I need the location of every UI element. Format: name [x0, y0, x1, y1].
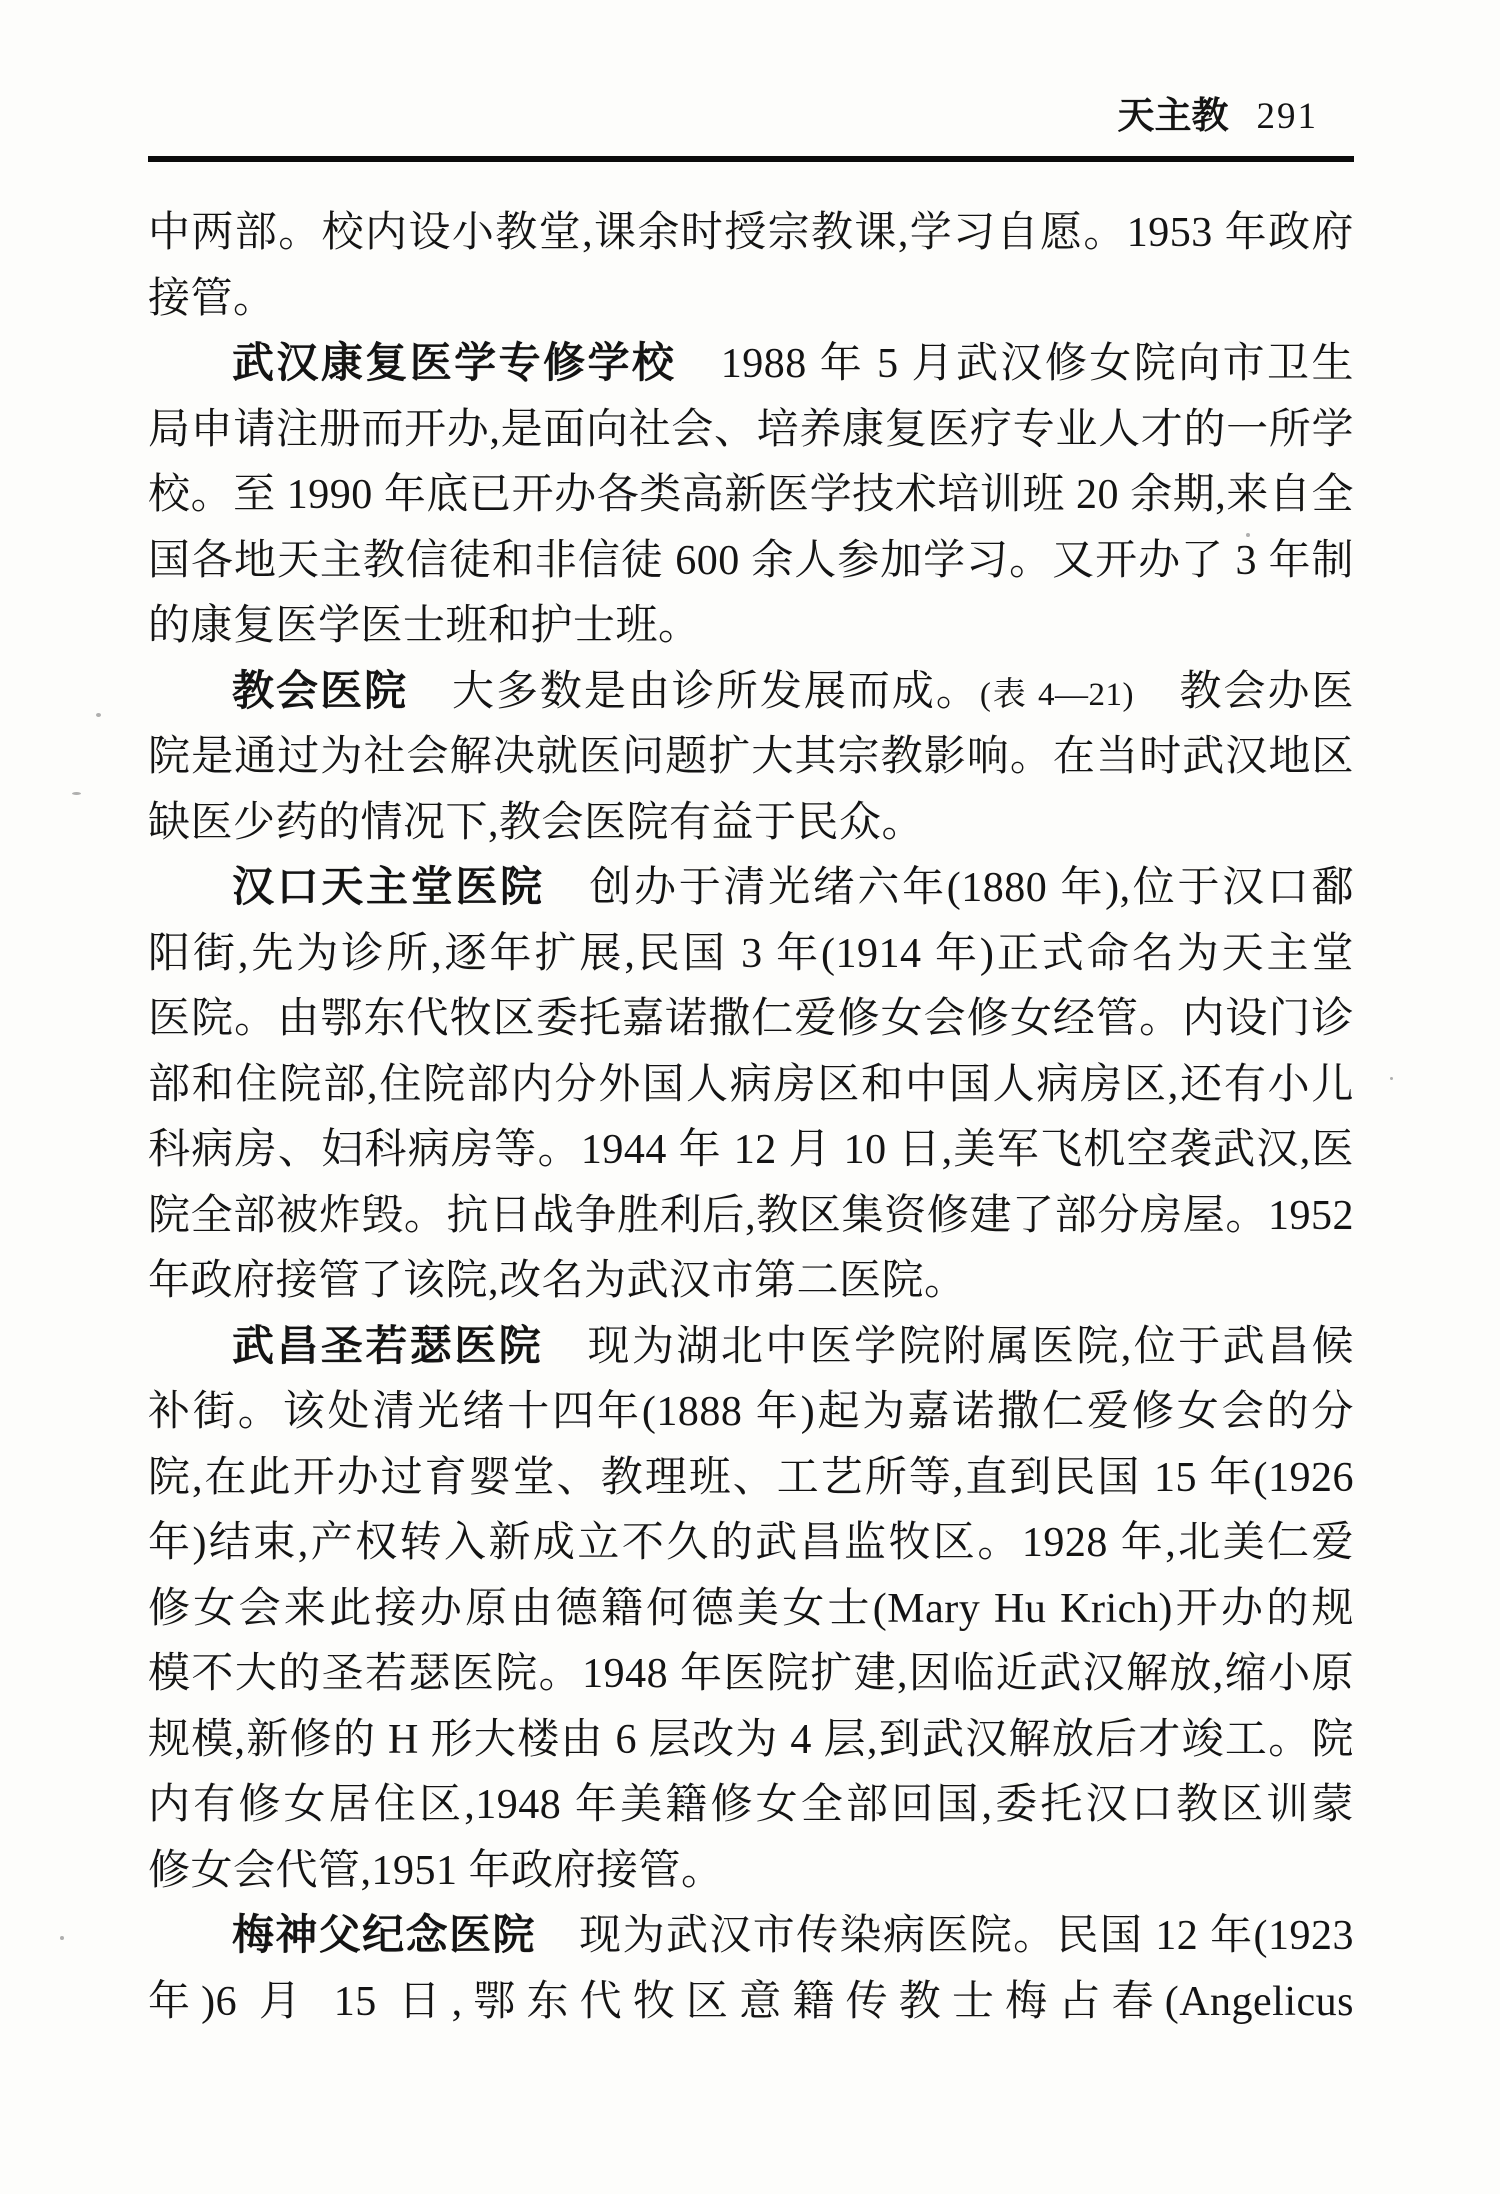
- text-line: 缺医少药的情况下,教会医院有益于民众。: [148, 791, 1354, 857]
- text-line: 年)6 月 15 日,鄂东代牧区意籍传教士梅占春(Angelicus: [148, 1970, 1354, 2036]
- text-segment: 修女会来此接办原由德籍何德美女士(Mary Hu Krich)开办的规: [148, 1586, 1354, 1632]
- scan-noise-speck: [60, 1936, 64, 1940]
- text-segment: 中两部。校内设小教堂,课余时授宗教课,学习自愿。1953 年政府: [148, 210, 1354, 256]
- entry-title: 汉口天主堂医院: [232, 865, 545, 911]
- text-line: 国各地天主教信徒和非信徒 600 余人参加学习。又开办了 3 年制: [148, 529, 1354, 595]
- text-segment: 补街。该处清光绪十四年(1888 年)起为嘉诺撒仁爱修女会的分: [148, 1389, 1354, 1435]
- entry-title: 武汉康复医学专修学校: [232, 341, 676, 387]
- text-line: 医院。由鄂东代牧区委托嘉诺撒仁爱修女会修女经管。内设门诊: [148, 987, 1354, 1053]
- text-segment: 1988 年 5 月武汉修女院向市卫生: [676, 341, 1354, 387]
- text-line: 内有修女居住区,1948 年美籍修女全部回国,委托汉口教区训蒙: [148, 1773, 1354, 1839]
- text-line: 教会医院 大多数是由诊所发展而成。(表 4—21) 教会办医: [148, 660, 1354, 726]
- text-segment: 年)6 月 15 日,鄂东代牧区意籍传教士梅占春(Angelicus: [148, 1979, 1354, 2025]
- text-line: 模不大的圣若瑟医院。1948 年医院扩建,因临近武汉解放,缩小原: [148, 1642, 1354, 1708]
- text-segment: 修女会代管,1951 年政府接管。: [148, 1848, 724, 1894]
- text-segment: 院全部被炸毁。抗日战争胜利后,教区集资修建了部分房屋。1952: [148, 1193, 1354, 1239]
- text-line: 规模,新修的 H 形大楼由 6 层改为 4 层,到武汉解放后才竣工。院: [148, 1708, 1354, 1774]
- scan-noise-speck: [96, 713, 101, 717]
- text-line: 中两部。校内设小教堂,课余时授宗教课,学习自愿。1953 年政府: [148, 201, 1354, 267]
- text-segment: 现为湖北中医学院附属医院,位于武昌候: [543, 1324, 1354, 1370]
- text-line: 修女会来此接办原由德籍何德美女士(Mary Hu Krich)开办的规: [148, 1577, 1354, 1643]
- text-segment: 现为武汉市传染病医院。民国 12 年(1923: [536, 1913, 1354, 1959]
- scan-noise-speck: [1246, 533, 1250, 537]
- text-line: 年政府接管了该院,改名为武汉市第二医院。: [148, 1249, 1354, 1315]
- table-reference: (表 4—21): [980, 677, 1134, 713]
- text-segment: 医院。由鄂东代牧区委托嘉诺撒仁爱修女会修女经管。内设门诊: [148, 996, 1354, 1042]
- text-segment: 创办于清光绪六年(1880 年),位于汉口鄱: [545, 865, 1354, 911]
- text-line: 年)结束,产权转入新成立不久的武昌监牧区。1928 年,北美仁爱: [148, 1511, 1354, 1577]
- text-segment: 局申请注册而开办,是面向社会、培养康复医疗专业人才的一所学: [148, 407, 1354, 453]
- header-rule: [148, 156, 1354, 162]
- text-segment: 院是通过为社会解决就医问题扩大其宗教影响。在当时武汉地区: [148, 734, 1354, 780]
- text-segment: 的康复医学医士班和护士班。: [148, 603, 701, 649]
- text-line: 修女会代管,1951 年政府接管。: [148, 1839, 1354, 1905]
- text-segment: 接管。: [148, 276, 276, 322]
- text-line: 院全部被炸毁。抗日战争胜利后,教区集资修建了部分房屋。1952: [148, 1184, 1354, 1250]
- text-line: 汉口天主堂医院 创办于清光绪六年(1880 年),位于汉口鄱: [148, 856, 1354, 922]
- entry-title: 教会医院: [232, 669, 408, 715]
- text-segment: 国各地天主教信徒和非信徒 600 余人参加学习。又开办了 3 年制: [148, 538, 1354, 584]
- text-line: 的康复医学医士班和护士班。: [148, 594, 1354, 660]
- page-body: 中两部。校内设小教堂,课余时授宗教课,学习自愿。1953 年政府接管。武汉康复医…: [148, 201, 1354, 2035]
- text-segment: 阳街,先为诊所,逐年扩展,民国 3 年(1914 年)正式命名为天主堂: [148, 931, 1354, 977]
- text-line: 阳街,先为诊所,逐年扩展,民国 3 年(1914 年)正式命名为天主堂: [148, 922, 1354, 988]
- text-segment: 年政府接管了该院,改名为武汉市第二医院。: [148, 1258, 967, 1304]
- text-line: 部和住院部,住院部内分外国人病房区和中国人病房区,还有小儿: [148, 1053, 1354, 1119]
- text-line: 接管。: [148, 267, 1354, 333]
- text-segment: 年)结束,产权转入新成立不久的武昌监牧区。1928 年,北美仁爱: [148, 1520, 1354, 1566]
- text-segment: 校。至 1990 年底已开办各类高新医学技术培训班 20 余期,来自全: [148, 472, 1354, 518]
- text-segment: 模不大的圣若瑟医院。1948 年医院扩建,因临近武汉解放,缩小原: [148, 1651, 1354, 1697]
- entry-title: 梅神父纪念医院: [232, 1913, 536, 1959]
- book-page: 天主教 291 中两部。校内设小教堂,课余时授宗教课,学习自愿。1953 年政府…: [0, 0, 1500, 2194]
- text-line: 局申请注册而开办,是面向社会、培养康复医疗专业人才的一所学: [148, 398, 1354, 464]
- scan-noise-speck: [1390, 1077, 1393, 1080]
- text-segment: 规模,新修的 H 形大楼由 6 层改为 4 层,到武汉解放后才竣工。院: [148, 1717, 1354, 1763]
- text-line: 院是通过为社会解决就医问题扩大其宗教影响。在当时武汉地区: [148, 725, 1354, 791]
- text-segment: 科病房、妇科病房等。1944 年 12 月 10 日,美军飞机空袭武汉,医: [148, 1127, 1354, 1173]
- text-segment: 缺医少药的情况下,教会医院有益于民众。: [148, 800, 924, 846]
- text-line: 科病房、妇科病房等。1944 年 12 月 10 日,美军飞机空袭武汉,医: [148, 1118, 1354, 1184]
- text-line: 校。至 1990 年底已开办各类高新医学技术培训班 20 余期,来自全: [148, 463, 1354, 529]
- text-line: 院,在此开办过育婴堂、教理班、工艺所等,直到民国 15 年(1926: [148, 1446, 1354, 1512]
- entry-title: 武昌圣若瑟医院: [232, 1324, 543, 1370]
- scan-noise-speck: [72, 792, 81, 795]
- text-line: 武昌圣若瑟医院 现为湖北中医学院附属医院,位于武昌候: [148, 1315, 1354, 1381]
- text-segment: 院,在此开办过育婴堂、教理班、工艺所等,直到民国 15 年(1926: [148, 1455, 1354, 1501]
- running-head: 天主教 291: [1118, 96, 1319, 138]
- text-line: 武汉康复医学专修学校 1988 年 5 月武汉修女院向市卫生: [148, 332, 1354, 398]
- text-line: 梅神父纪念医院 现为武汉市传染病医院。民国 12 年(1923: [148, 1904, 1354, 1970]
- text-segment: 教会办医: [1134, 669, 1354, 715]
- text-segment: 内有修女居住区,1948 年美籍修女全部回国,委托汉口教区训蒙: [148, 1782, 1354, 1828]
- text-line: 补街。该处清光绪十四年(1888 年)起为嘉诺撒仁爱修女会的分: [148, 1380, 1354, 1446]
- text-segment: 部和住院部,住院部内分外国人病房区和中国人病房区,还有小儿: [148, 1062, 1354, 1108]
- text-segment: 大多数是由诊所发展而成。: [408, 669, 980, 715]
- section-title: 天主教: [1118, 96, 1229, 138]
- page-number: 291: [1257, 96, 1319, 138]
